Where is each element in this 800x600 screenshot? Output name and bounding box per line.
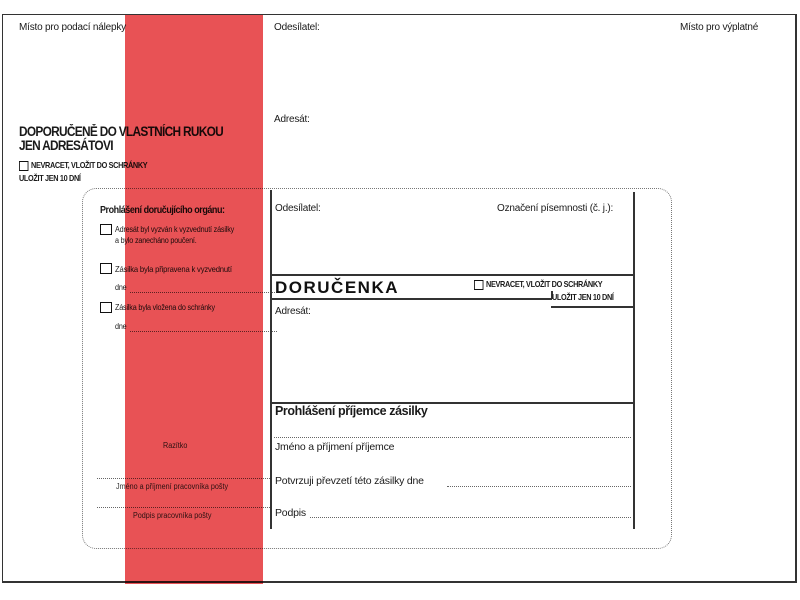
no-return-checkbox[interactable] xyxy=(19,161,28,171)
receipt-no-return-text: NEVRACET, VLOŽIT DO SCHRÁNKY xyxy=(486,279,602,289)
receipt-divider-top xyxy=(270,274,634,276)
receipt-divider-mid-left xyxy=(270,298,552,300)
sender-field[interactable] xyxy=(272,38,672,108)
document-ref-label: Označení písemnosti (č. j.): xyxy=(497,203,613,214)
receipt-addressee-label: Adresát: xyxy=(275,306,311,317)
receipt-store-days-text: ULOŽIT JEN 10 DNÍ xyxy=(552,292,614,302)
declaration-checkbox-3[interactable] xyxy=(100,302,112,313)
recipient-name-label: Jméno a příjmení příjemce xyxy=(275,441,394,453)
sender-label: Odesílatel: xyxy=(274,22,320,33)
declaration-checkbox-2[interactable] xyxy=(100,263,112,274)
receipt-left-border xyxy=(270,190,272,529)
addressee-label: Adresát: xyxy=(274,114,310,125)
receipt-sender-label: Odesílatel: xyxy=(275,203,321,214)
receipt-no-return-option: NEVRACET, VLOŽIT DO SCHRÁNKY xyxy=(474,279,602,290)
red-marking-band xyxy=(125,15,263,584)
receipt-right-border xyxy=(633,192,635,529)
confirm-date-field[interactable] xyxy=(447,486,631,487)
receipt-addressee-field[interactable] xyxy=(273,320,631,400)
store-days-text: ULOŽIT JEN 10 DNÍ xyxy=(19,173,81,183)
signature-field[interactable] xyxy=(310,517,631,518)
declaration-checkbox-1[interactable] xyxy=(100,224,112,235)
receipt-tab-bottom xyxy=(551,306,634,308)
confirm-date-label: Potvrzuji převzetí této zásilky dne xyxy=(275,475,424,487)
sticker-area-label: Místo pro podací nálepky xyxy=(19,22,126,33)
recipient-name-field[interactable] xyxy=(274,437,631,438)
receipt-title: DORUČENKA xyxy=(275,278,399,298)
signature-label: Podpis xyxy=(275,507,306,519)
addressee-field[interactable] xyxy=(272,130,672,180)
receipt-no-return-checkbox[interactable] xyxy=(474,280,483,290)
postage-area-label: Místo pro výplatné xyxy=(680,22,758,33)
recipient-declaration-heading: Prohlášení příjemce zásilky xyxy=(275,404,427,418)
receipt-sender-field[interactable] xyxy=(273,216,631,272)
